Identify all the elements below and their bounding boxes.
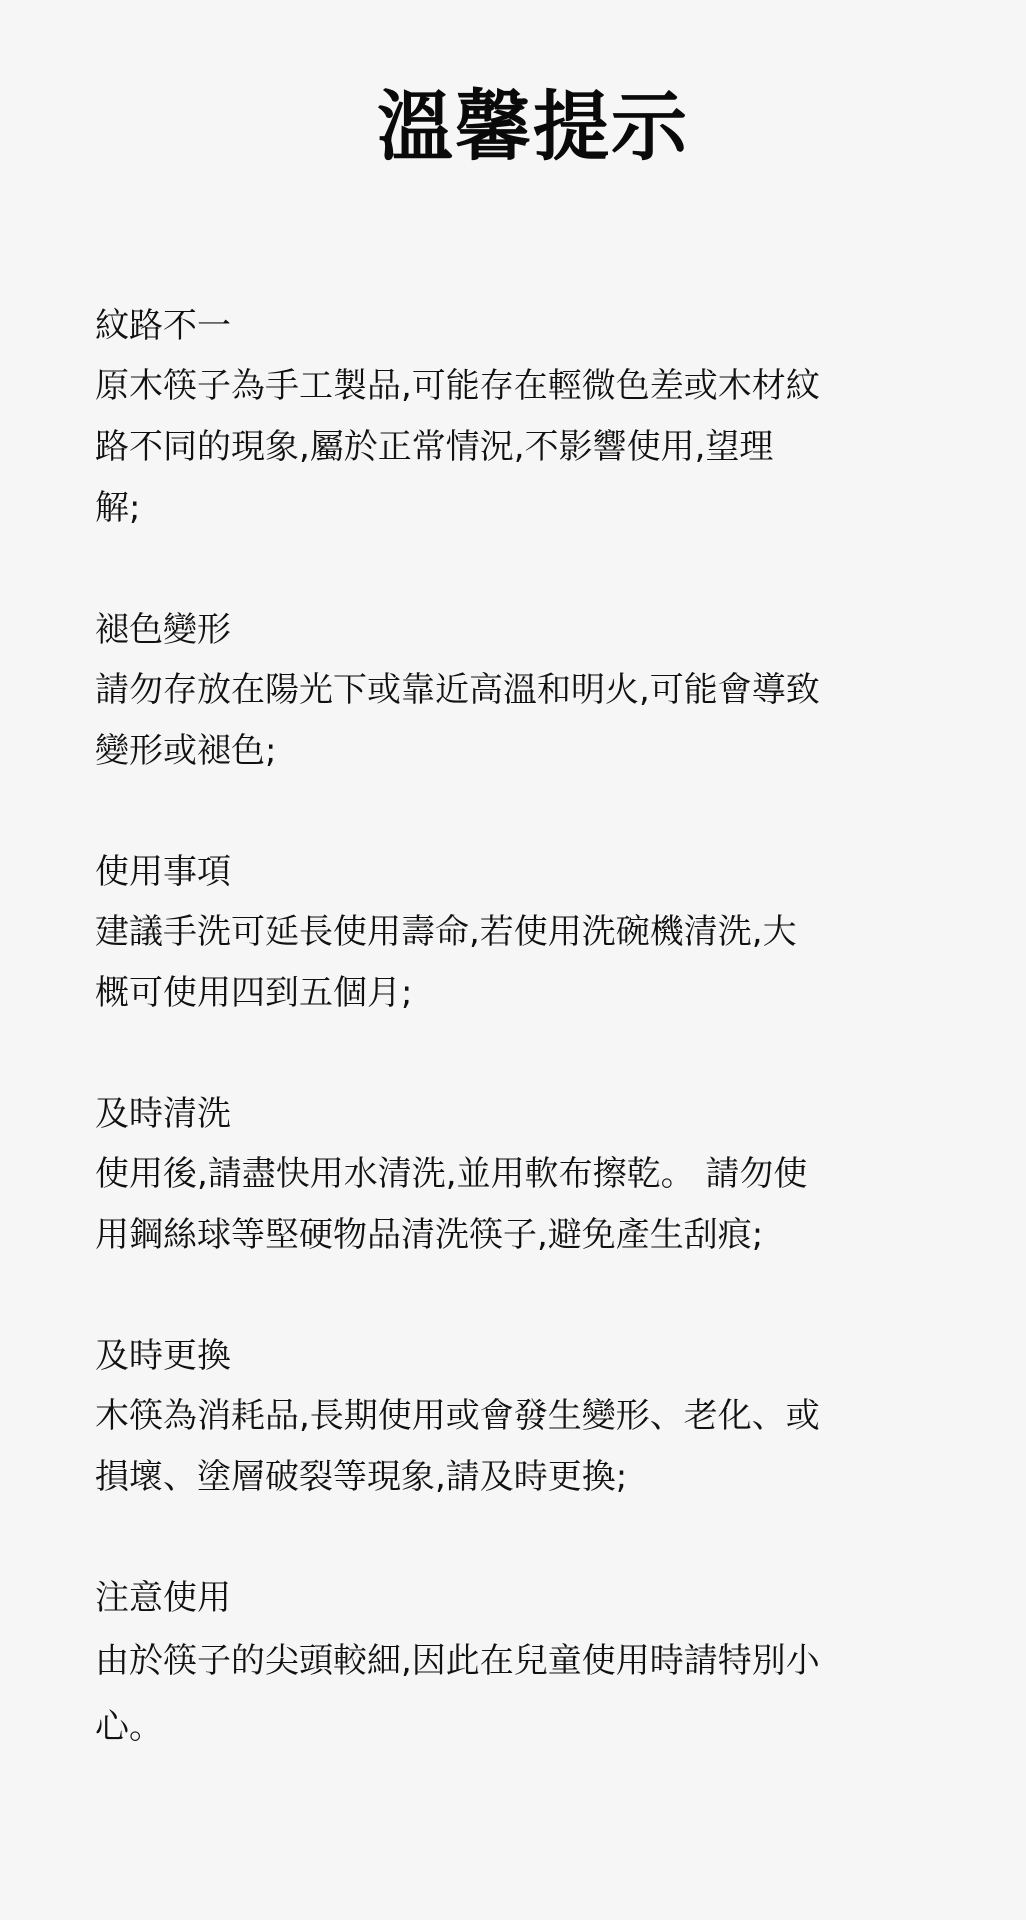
section-text-line: 路不同的現象,屬於正常情況,不影響使用,望理 xyxy=(95,417,955,478)
section-heading: 及時更換 xyxy=(95,1326,955,1386)
section-text-line: 請勿存放在陽光下或靠近高溫和明火,可能會導致 xyxy=(95,660,955,721)
notice-section-fading: 褪色變形 請勿存放在陽光下或靠近高溫和明火,可能會導致 變形或褪色; xyxy=(95,600,955,782)
notice-section-replacement: 及時更換 木筷為消耗品,長期使用或會發生變形、老化、或 損壞、塗層破裂等現象,請… xyxy=(95,1326,955,1508)
section-heading: 褪色變形 xyxy=(95,600,955,660)
notice-section-usage: 使用事項 建議手洗可延長使用壽命,若使用洗碗機清洗,大 概可使用四到五個月; xyxy=(95,842,955,1024)
section-text-line: 用鋼絲球等堅硬物品清洗筷子,避免產生刮痕; xyxy=(95,1205,955,1266)
section-text-line: 使用後,請盡快用水清洗,並用軟布擦乾。 請勿使 xyxy=(95,1144,955,1205)
notice-section-cleaning: 及時清洗 使用後,請盡快用水清洗,並用軟布擦乾。 請勿使 用鋼絲球等堅硬物品清洗… xyxy=(95,1084,955,1266)
notice-section-grain: 紋路不一 原木筷子為手工製品,可能存在輕微色差或木材紋 路不同的現象,屬於正常情… xyxy=(95,296,955,539)
section-text-line: 損壞、塗層破裂等現象,請及時更換; xyxy=(95,1447,955,1508)
notice-section-caution: 注意使用 由於筷子的尖頭較細,因此在兒童使用時請特別小 心。 xyxy=(95,1568,955,1760)
section-heading: 紋路不一 xyxy=(95,296,955,356)
section-text-line: 建議手洗可延長使用壽命,若使用洗碗機清洗,大 xyxy=(95,902,955,963)
page-title: 溫馨提示 xyxy=(0,82,1026,172)
section-text-line: 心。 xyxy=(95,1694,955,1760)
section-heading: 使用事項 xyxy=(95,842,955,902)
section-text-line: 概可使用四到五個月; xyxy=(95,963,955,1024)
section-heading: 注意使用 xyxy=(95,1568,955,1628)
section-text-line: 解; xyxy=(95,478,955,539)
section-text-line: 變形或褪色; xyxy=(95,721,955,782)
section-heading: 及時清洗 xyxy=(95,1084,955,1144)
section-text-line: 由於筷子的尖頭較細,因此在兒童使用時請特別小 xyxy=(95,1628,955,1694)
section-text-line: 原木筷子為手工製品,可能存在輕微色差或木材紋 xyxy=(95,356,955,417)
section-text-line: 木筷為消耗品,長期使用或會發生變形、老化、或 xyxy=(95,1386,955,1447)
